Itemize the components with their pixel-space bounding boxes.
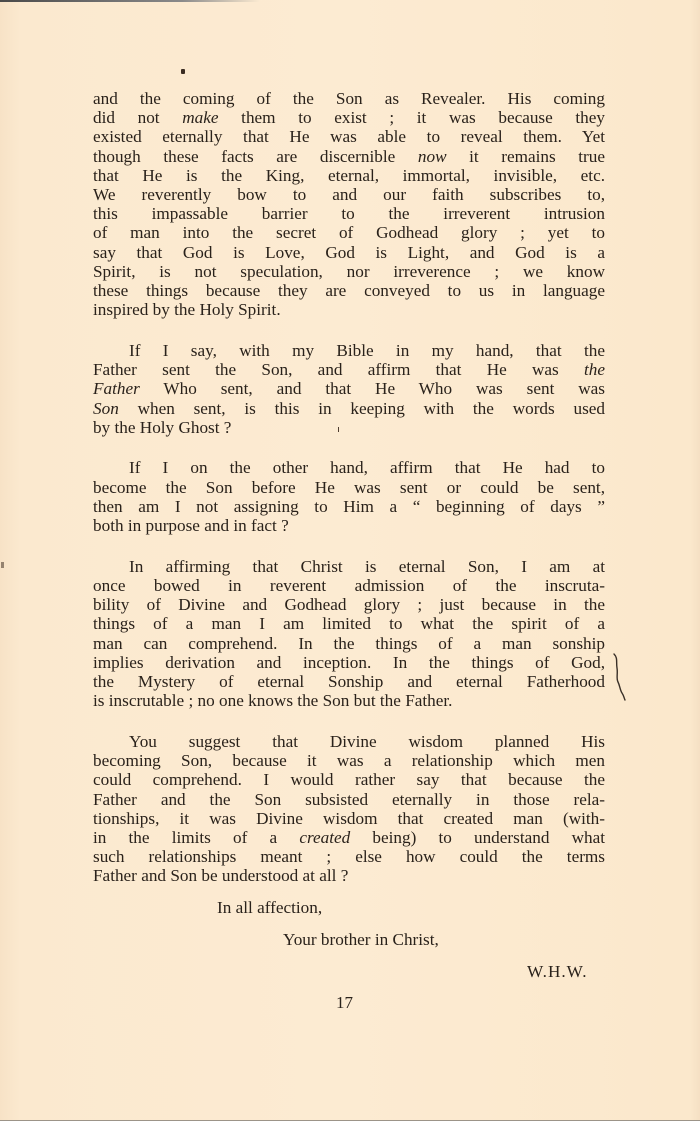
text-line: and the coming of the Son as Revealer. H… — [93, 89, 605, 108]
text-line: Father and the Son subsisted eternally i… — [93, 790, 605, 809]
page-number: 17 — [336, 993, 353, 1013]
text-run: Father and the Son subsisted eternally i… — [93, 790, 605, 809]
text-line: In affirming that Christ is eternal Son,… — [93, 557, 605, 576]
text-run: such relationships meant ; else how coul… — [93, 847, 605, 866]
text-run: bility of Divine and Godhead glory ; jus… — [93, 595, 605, 614]
closing-salutation: In all affection, — [217, 898, 322, 918]
text-run: We reverently bow to and our faith subsc… — [93, 185, 605, 204]
text-run: in the limits of a — [93, 828, 299, 847]
text-run: of man into the secret of Godhead glory … — [93, 223, 605, 242]
closing-brother: Your brother in Christ, — [283, 930, 439, 950]
text-run: these things because they are conveyed t… — [93, 281, 605, 300]
ink-speck — [181, 69, 185, 74]
text-line: that He is the King, eternal, immortal, … — [93, 166, 605, 185]
text-line: Father and Son be understood at all ? — [93, 866, 605, 885]
text-run: is inscrutable ; no one knows the Son bu… — [93, 691, 452, 710]
scan-edge-mark — [1, 562, 4, 568]
text-line: of man into the secret of Godhead glory … — [93, 223, 605, 242]
italic-text: Son — [93, 399, 119, 418]
text-line: is inscrutable ; no one knows the Son bu… — [93, 691, 605, 710]
text-run: both in purpose and in fact ? — [93, 516, 289, 535]
text-run: by the Holy Ghost ? — [93, 418, 231, 437]
italic-text: Father — [93, 379, 140, 398]
text-line: such relationships meant ; else how coul… — [93, 847, 605, 866]
text-line: things of a man I am limited to what the… — [93, 614, 605, 633]
signature-initials: W.H.W. — [527, 962, 588, 982]
text-line: these things because they are conveyed t… — [93, 281, 605, 300]
italic-text: created — [299, 828, 350, 847]
text-line: say that God is Love, God is Light, and … — [93, 243, 605, 262]
text-line: this impassable barrier to the irreveren… — [93, 204, 605, 223]
text-line: could comprehend. I would rather say tha… — [93, 770, 605, 789]
text-run: the Mystery of eternal Sonship and etern… — [93, 672, 605, 691]
text-line: We reverently bow to and our faith subsc… — [93, 185, 605, 204]
text-line: You suggest that Divine wisdom planned H… — [93, 732, 605, 751]
paragraph-p4: In affirming that Christ is eternal Son,… — [93, 557, 605, 711]
text-run: becoming Son, because it was a relations… — [93, 751, 605, 770]
text-run: it remains true — [447, 147, 605, 166]
text-run: when sent, is this in keeping with the w… — [119, 399, 605, 418]
text-line: Father sent the Son, and affirm that He … — [93, 360, 605, 379]
paragraph-p1: and the coming of the Son as Revealer. H… — [93, 89, 605, 319]
text-run: things of a man I am limited to what the… — [93, 614, 605, 633]
text-line: then am I not assigning to Him a “ begin… — [93, 497, 605, 516]
paragraph-p2: If I say, with my Bible in my hand, that… — [93, 341, 605, 437]
paragraph-p3: If I on the other hand, affirm that He h… — [93, 458, 605, 535]
paragraph-gap — [93, 710, 605, 732]
paragraph-gap — [93, 437, 605, 459]
text-line: bility of Divine and Godhead glory ; jus… — [93, 595, 605, 614]
text-run: Spirit, is not speculation, nor irrevere… — [93, 262, 605, 281]
text-run: could comprehend. I would rather say tha… — [93, 770, 605, 789]
text-run: If I say, with my Bible in my hand, that… — [129, 341, 605, 360]
text-line: the Mystery of eternal Sonship and etern… — [93, 672, 605, 691]
text-line: man can comprehend. In the things of a m… — [93, 634, 605, 653]
text-line: once bowed in reverent admission of the … — [93, 576, 605, 595]
text-run: Father sent the Son, and affirm that He … — [93, 360, 584, 379]
text-run: and the coming of the Son as Revealer. H… — [93, 89, 605, 108]
text-run: did not — [93, 108, 182, 127]
text-line: did not make them to exist ; it was beca… — [93, 108, 605, 127]
paragraph-p5: You suggest that Divine wisdom planned H… — [93, 732, 605, 886]
text-run: become the Son before He was sent or cou… — [93, 478, 605, 497]
text-line: Father Who sent, and that He Who was sen… — [93, 379, 605, 398]
text-run: Father and Son be understood at all ? — [93, 866, 348, 885]
text-line: by the Holy Ghost ? — [93, 418, 605, 437]
text-run: then am I not assigning to Him a “ begin… — [93, 497, 605, 516]
text-line: Spirit, is not speculation, nor irrevere… — [93, 262, 605, 281]
scan-edge-shadow — [0, 0, 260, 2]
text-line: both in purpose and in fact ? — [93, 516, 605, 535]
italic-text: make — [182, 108, 218, 127]
text-line: implies derivation and inception. In the… — [93, 653, 605, 672]
paragraph-gap — [93, 319, 605, 341]
book-page: and the coming of the Son as Revealer. H… — [0, 0, 700, 1121]
text-run: tionships, it was Divine wisdom that cre… — [93, 809, 605, 828]
text-run: that He is the King, eternal, immortal, … — [93, 166, 605, 185]
text-line: tionships, it was Divine wisdom that cre… — [93, 809, 605, 828]
text-line: If I on the other hand, affirm that He h… — [93, 458, 605, 477]
text-run: If I on the other hand, affirm that He h… — [129, 458, 605, 477]
text-run: existed eternally that He was able to re… — [93, 127, 605, 146]
text-run: man can comprehend. In the things of a m… — [93, 634, 605, 653]
text-line: Son when sent, is this in keeping with t… — [93, 399, 605, 418]
text-line: existed eternally that He was able to re… — [93, 127, 605, 146]
text-run: them to exist ; it was because they — [219, 108, 605, 127]
text-line: though these facts are discernible now i… — [93, 147, 605, 166]
text-run: once bowed in reverent admission of the … — [93, 576, 605, 595]
body-text: and the coming of the Son as Revealer. H… — [93, 89, 605, 886]
text-line: If I say, with my Bible in my hand, that… — [93, 341, 605, 360]
text-line: in the limits of a created being) to und… — [93, 828, 605, 847]
text-run: Who sent, and that He Who was sent was — [140, 379, 605, 398]
text-run: In affirming that Christ is eternal Son,… — [129, 557, 605, 576]
text-run: though these facts are discernible — [93, 147, 418, 166]
text-run: You suggest that Divine wisdom planned H… — [129, 732, 605, 751]
handwritten-bracket-mark — [610, 652, 634, 702]
text-line: inspired by the Holy Spirit. — [93, 300, 605, 319]
italic-text: the — [584, 360, 605, 379]
text-run: inspired by the Holy Spirit. — [93, 300, 281, 319]
text-run: implies derivation and inception. In the… — [93, 653, 605, 672]
text-line: becoming Son, because it was a relations… — [93, 751, 605, 770]
text-run: being) to understand what — [350, 828, 605, 847]
italic-text: now — [418, 147, 447, 166]
paragraph-gap — [93, 535, 605, 557]
text-line: become the Son before He was sent or cou… — [93, 478, 605, 497]
text-run: say that God is Love, God is Light, and … — [93, 243, 605, 262]
text-run: this impassable barrier to the irreveren… — [93, 204, 605, 223]
